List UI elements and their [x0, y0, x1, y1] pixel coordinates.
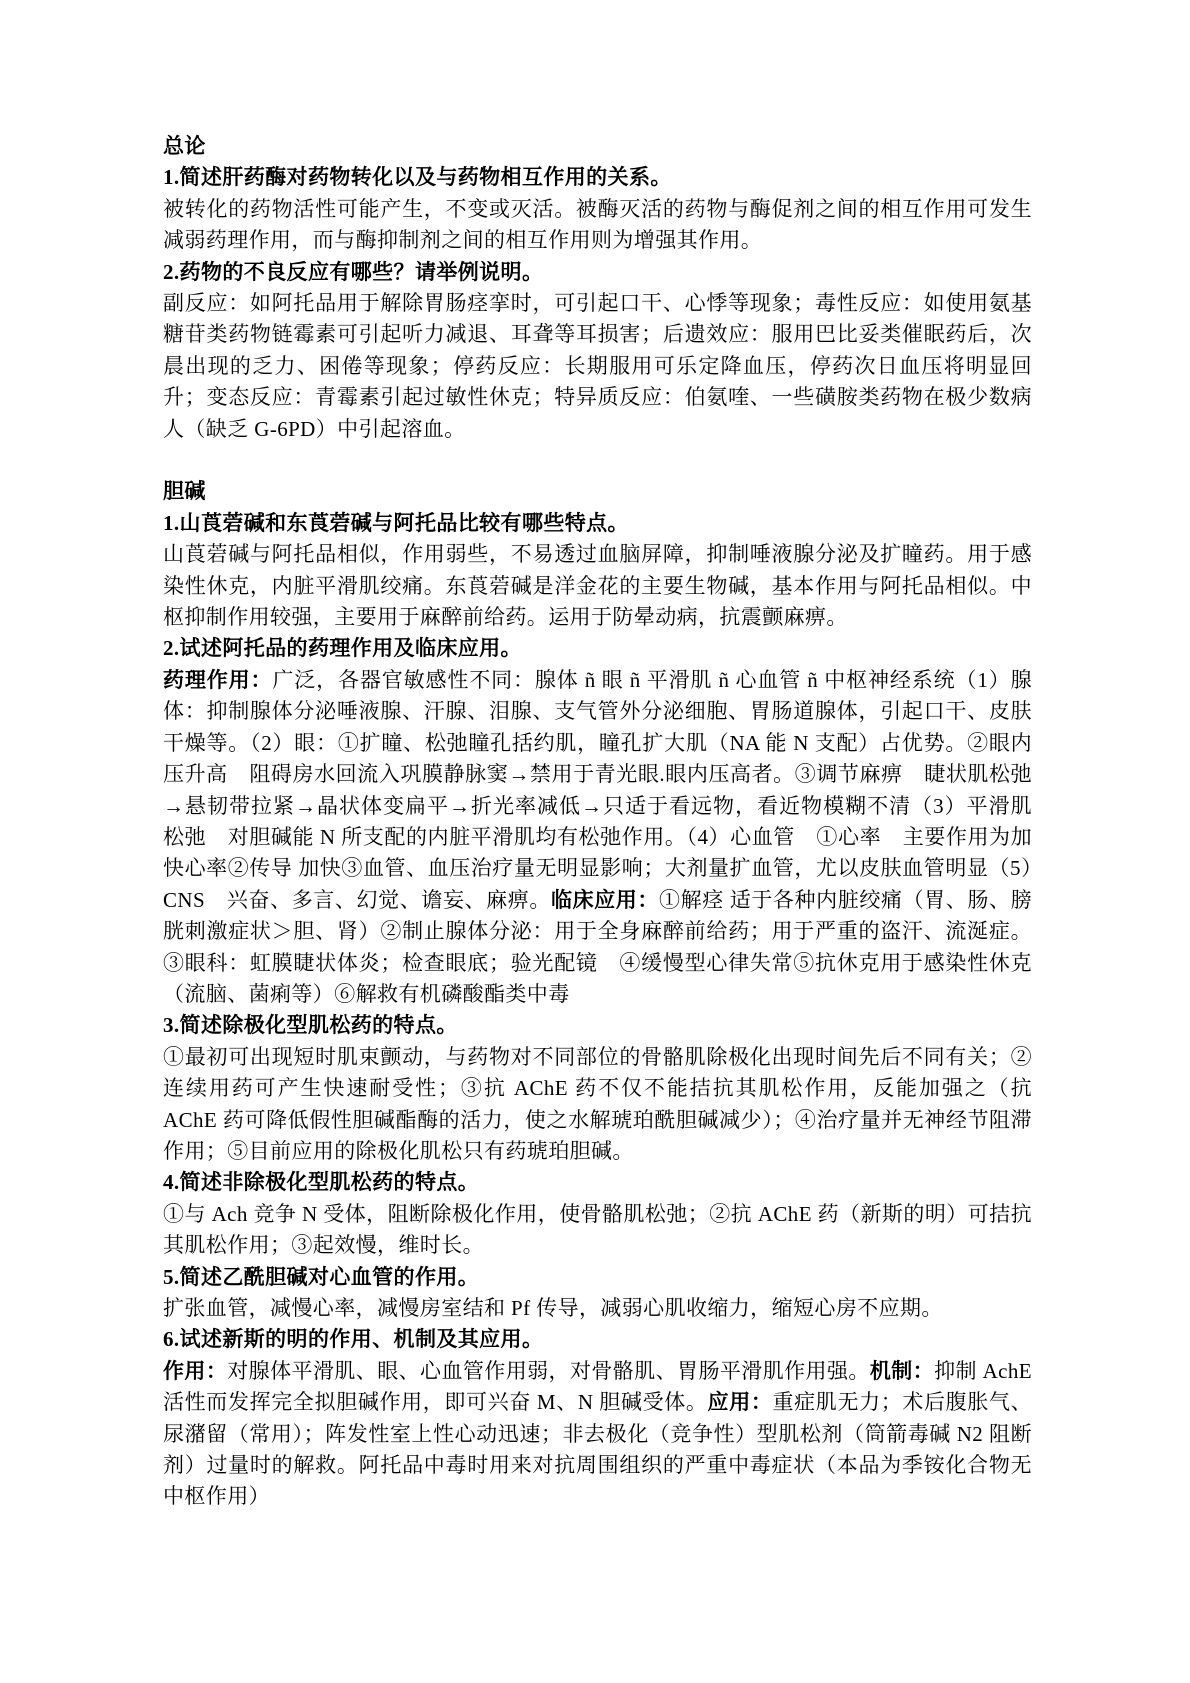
answer-text: ①最初可出现短时肌束颤动，与药物对不同部位的骨骼肌除极化出现时间先后不同有关；②…: [163, 1045, 1032, 1163]
answer-paragraph: ①与 Ach 竞争 N 受体，阻断除极化作用，使骨骼肌松弛；②抗 AChE 药（…: [163, 1199, 1032, 1262]
answer-text: 扩张血管，减慢心率，减慢房室结和 Pf 传导，减弱心肌收缩力，缩短心房不应期。: [163, 1296, 943, 1320]
question-paragraph: 3.简述除极化型肌松药的特点。: [163, 1010, 1032, 1041]
answer-bold-label: 作用：: [163, 1359, 227, 1383]
section: 总论1.简述肝药酶对药物转化以及与药物相互作用的关系。被转化的药物活性可能产生，…: [163, 131, 1032, 445]
answer-bold-label: 药理作用：: [163, 668, 272, 692]
answer-paragraph: 药理作用：广泛，各器官敏感性不同：腺体 ñ 眼 ñ 平滑肌 ñ 心血管 ñ 中枢…: [163, 665, 1032, 1010]
answer-paragraph: 作用：对腺体平滑肌、眼、心血管作用弱，对骨骼肌、胃肠平滑肌作用强。机制：抑制 A…: [163, 1356, 1032, 1513]
section-heading: 胆碱: [163, 476, 1032, 507]
section-heading: 总论: [163, 131, 1032, 162]
answer-bold-label: 机制：: [870, 1359, 934, 1383]
answer-paragraph: ①最初可出现短时肌束颤动，与药物对不同部位的骨骼肌除极化出现时间先后不同有关；②…: [163, 1042, 1032, 1168]
question-paragraph: 6.试述新斯的明的作用、机制及其应用。: [163, 1324, 1032, 1355]
answer-text: 副反应：如阿托品用于解除胃肠痉挛时，可引起口干、心悸等现象；毒性反应：如使用氨基…: [163, 291, 1032, 441]
question-paragraph: 4.简述非除极化型肌松药的特点。: [163, 1167, 1032, 1198]
answer-bold-label: 应用：: [708, 1390, 773, 1414]
answer-text: 山莨菪碱与阿托品相似，作用弱些，不易透过血脑屏障，抑制唾液腺分泌及扩瞳药。用于感…: [163, 542, 1032, 629]
document-page: 总论1.简述肝药酶对药物转化以及与药物相互作用的关系。被转化的药物活性可能产生，…: [0, 0, 1190, 1683]
answer-paragraph: 被转化的药物活性可能产生，不变或灭活。被酶灭活的药物与酶促剂之间的相互作用可发生…: [163, 194, 1032, 257]
question-paragraph: 1.简述肝药酶对药物转化以及与药物相互作用的关系。: [163, 162, 1032, 193]
answer-text: 被转化的药物活性可能产生，不变或灭活。被酶灭活的药物与酶促剂之间的相互作用可发生…: [163, 197, 1032, 252]
answer-text: ①与 Ach 竞争 N 受体，阻断除极化作用，使骨骼肌松弛；②抗 AChE 药（…: [163, 1202, 1032, 1257]
answer-paragraph: 山莨菪碱与阿托品相似，作用弱些，不易透过血脑屏障，抑制唾液腺分泌及扩瞳药。用于感…: [163, 539, 1032, 633]
question-paragraph: 1.山莨菪碱和东莨菪碱与阿托品比较有哪些特点。: [163, 508, 1032, 539]
answer-text: 广泛，各器官敏感性不同：腺体 ñ 眼 ñ 平滑肌 ñ 心血管 ñ 中枢神经系统（…: [163, 668, 1053, 912]
question-paragraph: 5.简述乙酰胆碱对心血管的作用。: [163, 1262, 1032, 1293]
document-body: 总论1.简述肝药酶对药物转化以及与药物相互作用的关系。被转化的药物活性可能产生，…: [163, 131, 1032, 1513]
answer-bold-label: 临床应用：: [551, 888, 659, 912]
question-paragraph: 2.药物的不良反应有哪些？请举例说明。: [163, 257, 1032, 288]
answer-text: 对腺体平滑肌、眼、心血管作用弱，对骨骼肌、胃肠平滑肌作用强。: [227, 1359, 870, 1383]
answer-paragraph: 副反应：如阿托品用于解除胃肠痉挛时，可引起口干、心悸等现象；毒性反应：如使用氨基…: [163, 288, 1032, 445]
question-paragraph: 2.试述阿托品的药理作用及临床应用。: [163, 633, 1032, 664]
section: 胆碱1.山莨菪碱和东莨菪碱与阿托品比较有哪些特点。山莨菪碱与阿托品相似，作用弱些…: [163, 476, 1032, 1512]
answer-paragraph: 扩张血管，减慢心率，减慢房室结和 Pf 传导，减弱心肌收缩力，缩短心房不应期。: [163, 1293, 1032, 1324]
